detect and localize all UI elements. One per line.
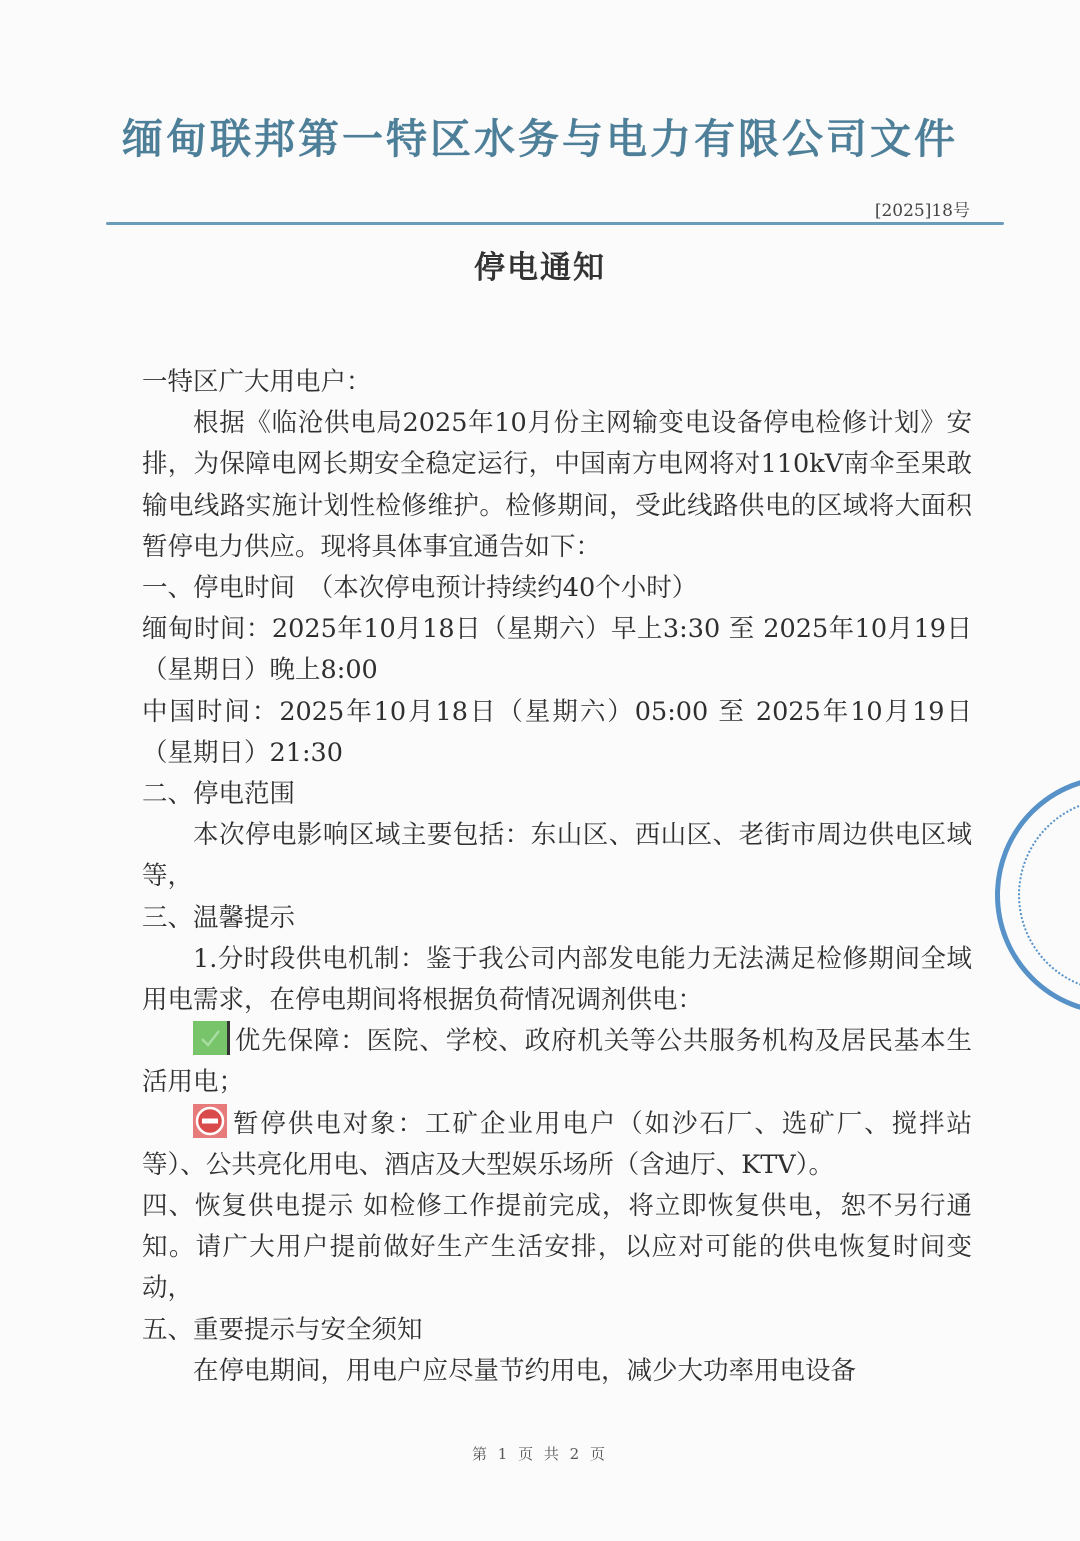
china-time: 中国时间：2025年10月18日（星期六）05:00 至 2025年10月19日… (142, 692, 972, 774)
suspended-supply-text: 暂停供电对象：工矿企业用电户（如沙石厂、选矿厂、搅拌站等）、公共亮化用电、酒店及… (142, 1109, 972, 1180)
section-5-text: 在停电期间，用电户应尽量节约用电，减少大功率用电设备 (142, 1351, 972, 1392)
myanmar-time: 缅甸时间：2025年10月18日（星期六）早上3:30 至 2025年10月19… (142, 609, 972, 691)
no-entry-icon (193, 1104, 227, 1138)
priority-supply: 优先保障：医院、学校、政府机关等公共服务机构及居民基本生活用电； (142, 1021, 972, 1103)
section-5-heading: 五、重要提示与安全须知 (142, 1310, 972, 1351)
section-3-heading: 三、温馨提示 (142, 898, 972, 939)
section-4: 四、恢复供电提示 如检修工作提前完成，将立即恢复供电，恕不另行通知。请广大用户提… (142, 1186, 972, 1310)
check-icon (193, 1021, 230, 1055)
document-page: 缅甸联邦第一特区水务与电力有限公司文件 [2025]18号 停电通知 一特区广大… (0, 0, 1080, 1541)
priority-supply-text: 优先保障：医院、学校、政府机关等公共服务机构及居民基本生活用电； (142, 1026, 972, 1097)
notice-title: 停电通知 (0, 242, 1080, 287)
outage-scope-text: 本次停电影响区域主要包括：东山区、西山区、老街市周边供电区域等， (142, 815, 972, 897)
salutation: 一特区广大用电户： (142, 362, 972, 403)
section-2-heading: 二、停电范围 (142, 774, 972, 815)
document-number: [2025]18号 (875, 196, 970, 221)
section-4-heading: 四、恢复供电提示 (142, 1191, 354, 1221)
section-1-heading: 一、停电时间 （本次停电预计持续约40个小时） (142, 568, 972, 609)
header-divider (106, 222, 1004, 225)
official-seal-stamp (995, 775, 1080, 1015)
suspended-supply: 暂停供电对象：工矿企业用电户（如沙石厂、选矿厂、搅拌站等）、公共亮化用电、酒店及… (142, 1104, 972, 1186)
intro-paragraph: 根据《临沧供电局2025年10月份主网输变电设备停电检修计划》安排，为保障电网长… (142, 403, 972, 568)
tip-item-1: 1.分时段供电机制：鉴于我公司内部发电能力无法满足检修期间全域用电需求，在停电期… (142, 939, 972, 1021)
seal-inner-ring (1018, 798, 1080, 992)
notice-body: 一特区广大用电户： 根据《临沧供电局2025年10月份主网输变电设备停电检修计划… (142, 362, 972, 1392)
organization-title: 缅甸联邦第一特区水务与电力有限公司文件 (0, 106, 1080, 165)
page-indicator: 第 1 页 共 2 页 (0, 1443, 1080, 1464)
